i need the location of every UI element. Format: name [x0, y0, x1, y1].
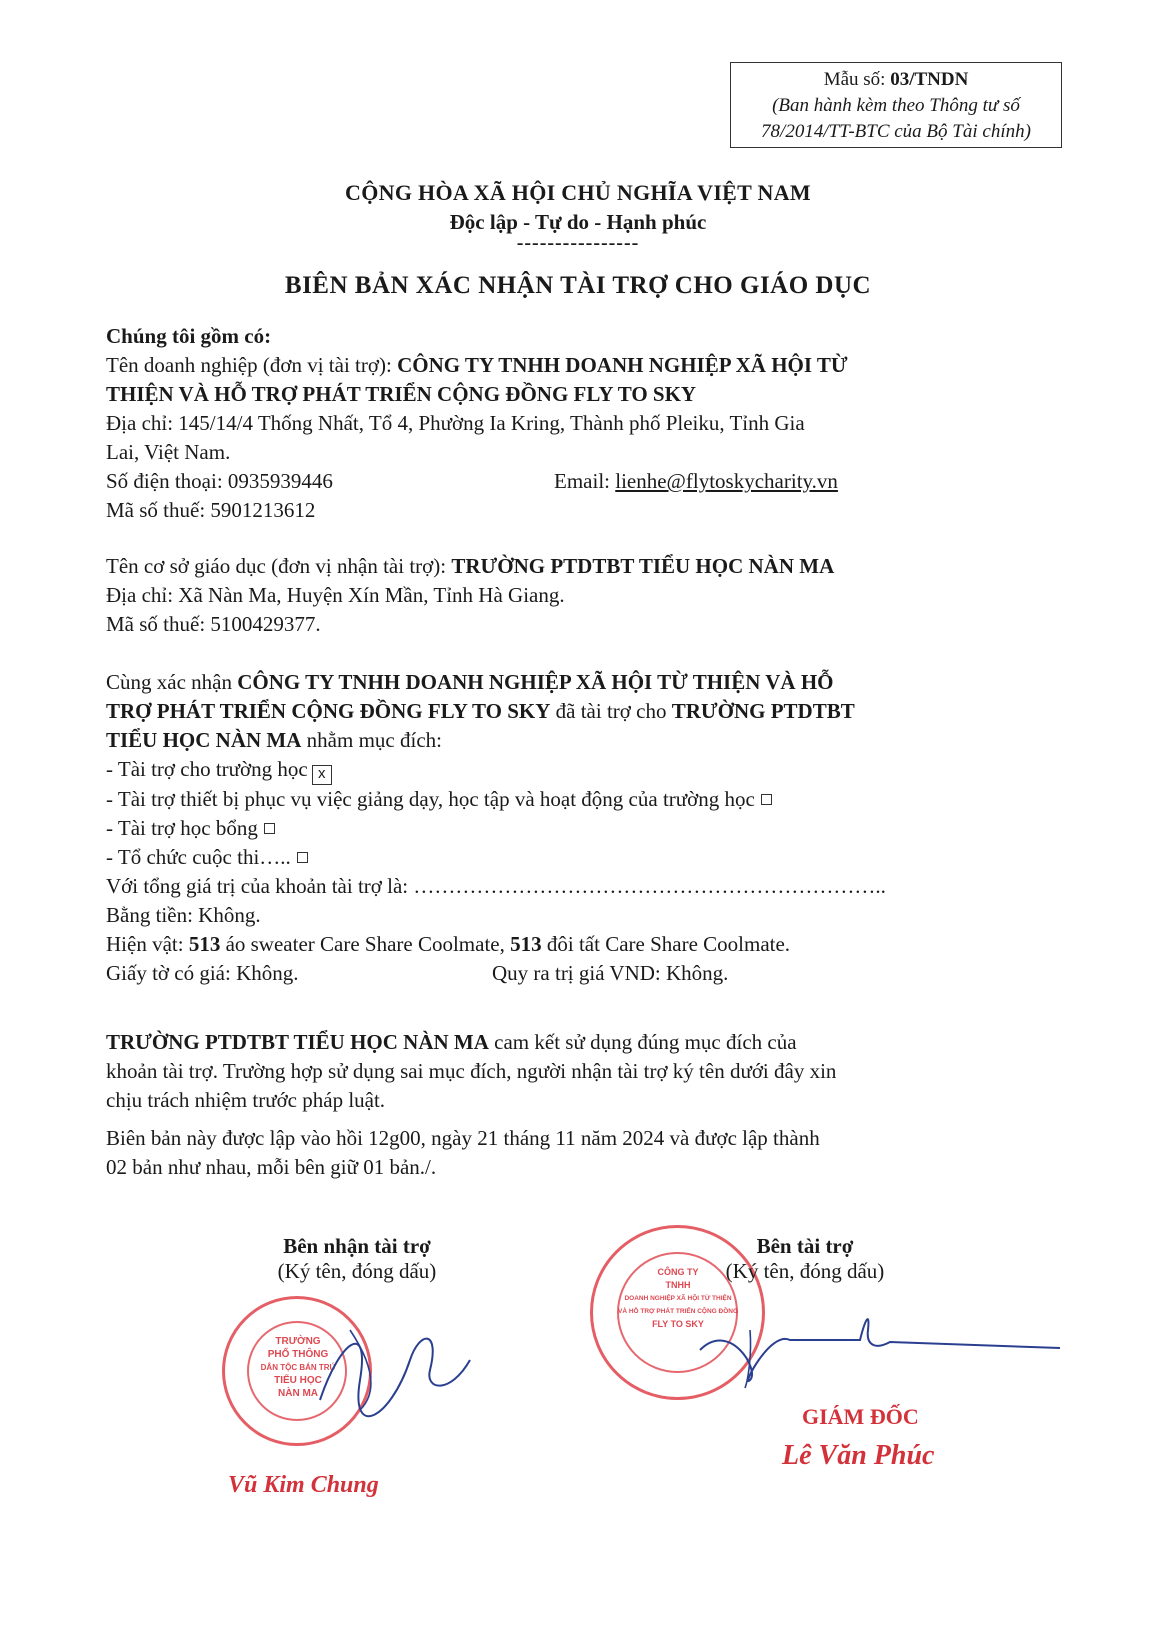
- securities-row: Giấy tờ có giá: Không. Quy ra trị giá VN…: [106, 959, 1026, 988]
- sponsor-signature-block: Bên tài trợ (Ký tên, đóng dấu): [680, 1234, 930, 1284]
- recipient-signature-scribble: [300, 1300, 480, 1430]
- sponsor-email: Email: lienhe@flytoskycharity.vn: [554, 467, 838, 496]
- purpose-scholarship: - Tài trợ học bổng: [106, 814, 1026, 843]
- form-number: Mẫu số: 03/TNDN: [731, 67, 1061, 93]
- purpose-checkbox[interactable]: [297, 852, 308, 863]
- sponsor-phone: Số điện thoại: 0935939446: [106, 469, 333, 493]
- parties-intro: Chúng tôi gồm có:: [106, 322, 1026, 351]
- sponsor-signature-note: (Ký tên, đóng dấu): [680, 1259, 930, 1284]
- recipient-address: Địa chỉ: Xã Nàn Ma, Huyện Xín Mần, Tỉnh …: [106, 581, 1026, 610]
- recipient-section: Tên cơ sở giáo dục (đơn vị nhận tài trợ)…: [106, 552, 1026, 639]
- commitment-line3: chịu trách nhiệm trước pháp luật.: [106, 1086, 1026, 1115]
- sponsor-address-line1: Địa chỉ: 145/14/4 Thống Nhất, Tổ 4, Phườ…: [106, 409, 1026, 438]
- recipient-signature-label: Bên nhận tài trợ: [232, 1234, 482, 1259]
- commitment-section: TRƯỜNG PTDTBT TIỂU HỌC NÀN MA cam kết sử…: [106, 1028, 1026, 1115]
- sponsor-contact-row: Số điện thoại: 0935939446 Email: lienhe@…: [106, 467, 1026, 496]
- closing-section: Biên bản này được lập vào hồi 12g00, ngà…: [106, 1124, 1026, 1182]
- inkind-value: Hiện vật: 513 áo sweater Care Share Cool…: [106, 930, 1026, 959]
- recipient-signer-name: Vũ Kim Chung: [228, 1472, 379, 1499]
- closing-line2: 02 bản như nhau, mỗi bên giữ 01 bản./.: [106, 1153, 1026, 1182]
- document-title: BIÊN BẢN XÁC NHẬN TÀI TRỢ CHO GIÁO DỤC: [0, 272, 1156, 300]
- closing-line1: Biên bản này được lập vào hồi 12g00, ngà…: [106, 1124, 1026, 1153]
- vnd-equivalent: Quy ra trị giá VND: Không.: [492, 959, 728, 988]
- sponsor-name-line1: Tên doanh nghiệp (đơn vị tài trợ): CÔNG …: [106, 351, 1026, 380]
- securities-value: Giấy tờ có giá: Không.: [106, 961, 299, 985]
- commitment-line2: khoản tài trợ. Trường hợp sử dụng sai mụ…: [106, 1057, 1026, 1086]
- form-issued-note-line1: (Ban hành kèm theo Thông tư số: [731, 93, 1061, 119]
- purpose-checkbox[interactable]: [264, 823, 275, 834]
- header-divider: ----------------: [0, 232, 1156, 255]
- purpose-equipment: - Tài trợ thiết bị phục vụ việc giảng dạ…: [106, 785, 1026, 814]
- sponsor-signer-role: GIÁM ĐỐC: [802, 1404, 919, 1430]
- purpose-school-funding: - Tài trợ cho trường họcx: [106, 755, 1026, 785]
- confirmation-line2: TRỢ PHÁT TRIỂN CỘNG ĐỒNG FLY TO SKY đã t…: [106, 697, 1026, 726]
- purpose-checkbox-checked[interactable]: x: [312, 765, 332, 785]
- recipient-name: Tên cơ sở giáo dục (đơn vị nhận tài trợ)…: [106, 552, 1026, 581]
- recipient-signature-block: Bên nhận tài trợ (Ký tên, đóng dấu): [232, 1234, 482, 1284]
- confirmation-line3: TIỂU HỌC NÀN MA nhằm mục đích:: [106, 726, 1026, 755]
- recipient-tax-code: Mã số thuế: 5100429377.: [106, 610, 1026, 639]
- sponsor-signer-name: Lê Văn Phúc: [782, 1440, 934, 1472]
- sponsor-tax-code: Mã số thuế: 5901213612: [106, 496, 1026, 525]
- form-issued-note-line2: 78/2014/TT-BTC của Bộ Tài chính): [731, 119, 1061, 145]
- confirmation-line1: Cùng xác nhận CÔNG TY TNHH DOANH NGHIỆP …: [106, 668, 1026, 697]
- confirmation-section: Cùng xác nhận CÔNG TY TNHH DOANH NGHIỆP …: [106, 668, 1026, 988]
- sponsor-name-line2: THIỆN VÀ HỖ TRỢ PHÁT TRIỂN CỘNG ĐỒNG FLY…: [106, 380, 1026, 409]
- sponsor-signature-scribble: [690, 1300, 1070, 1390]
- sponsor-section: Chúng tôi gồm có: Tên doanh nghiệp (đơn …: [106, 322, 1026, 525]
- recipient-signature-note: (Ký tên, đóng dấu): [232, 1259, 482, 1284]
- email-link[interactable]: lienhe@flytoskycharity.vn: [615, 469, 838, 493]
- cash-value: Bằng tiền: Không.: [106, 901, 1026, 930]
- purpose-competition: - Tổ chức cuộc thi…..: [106, 843, 1026, 872]
- total-value: Với tổng giá trị của khoản tài trợ là: ……: [106, 872, 1026, 901]
- sponsor-signature-label: Bên tài trợ: [680, 1234, 930, 1259]
- commitment-line1: TRƯỜNG PTDTBT TIỂU HỌC NÀN MA cam kết sử…: [106, 1028, 1026, 1057]
- form-number-box: Mẫu số: 03/TNDN (Ban hành kèm theo Thông…: [730, 62, 1062, 148]
- sponsor-address-line2: Lai, Việt Nam.: [106, 438, 1026, 467]
- country-heading: CỘNG HÒA XÃ HỘI CHỦ NGHĨA VIỆT NAM: [0, 180, 1156, 206]
- purpose-checkbox[interactable]: [761, 794, 772, 805]
